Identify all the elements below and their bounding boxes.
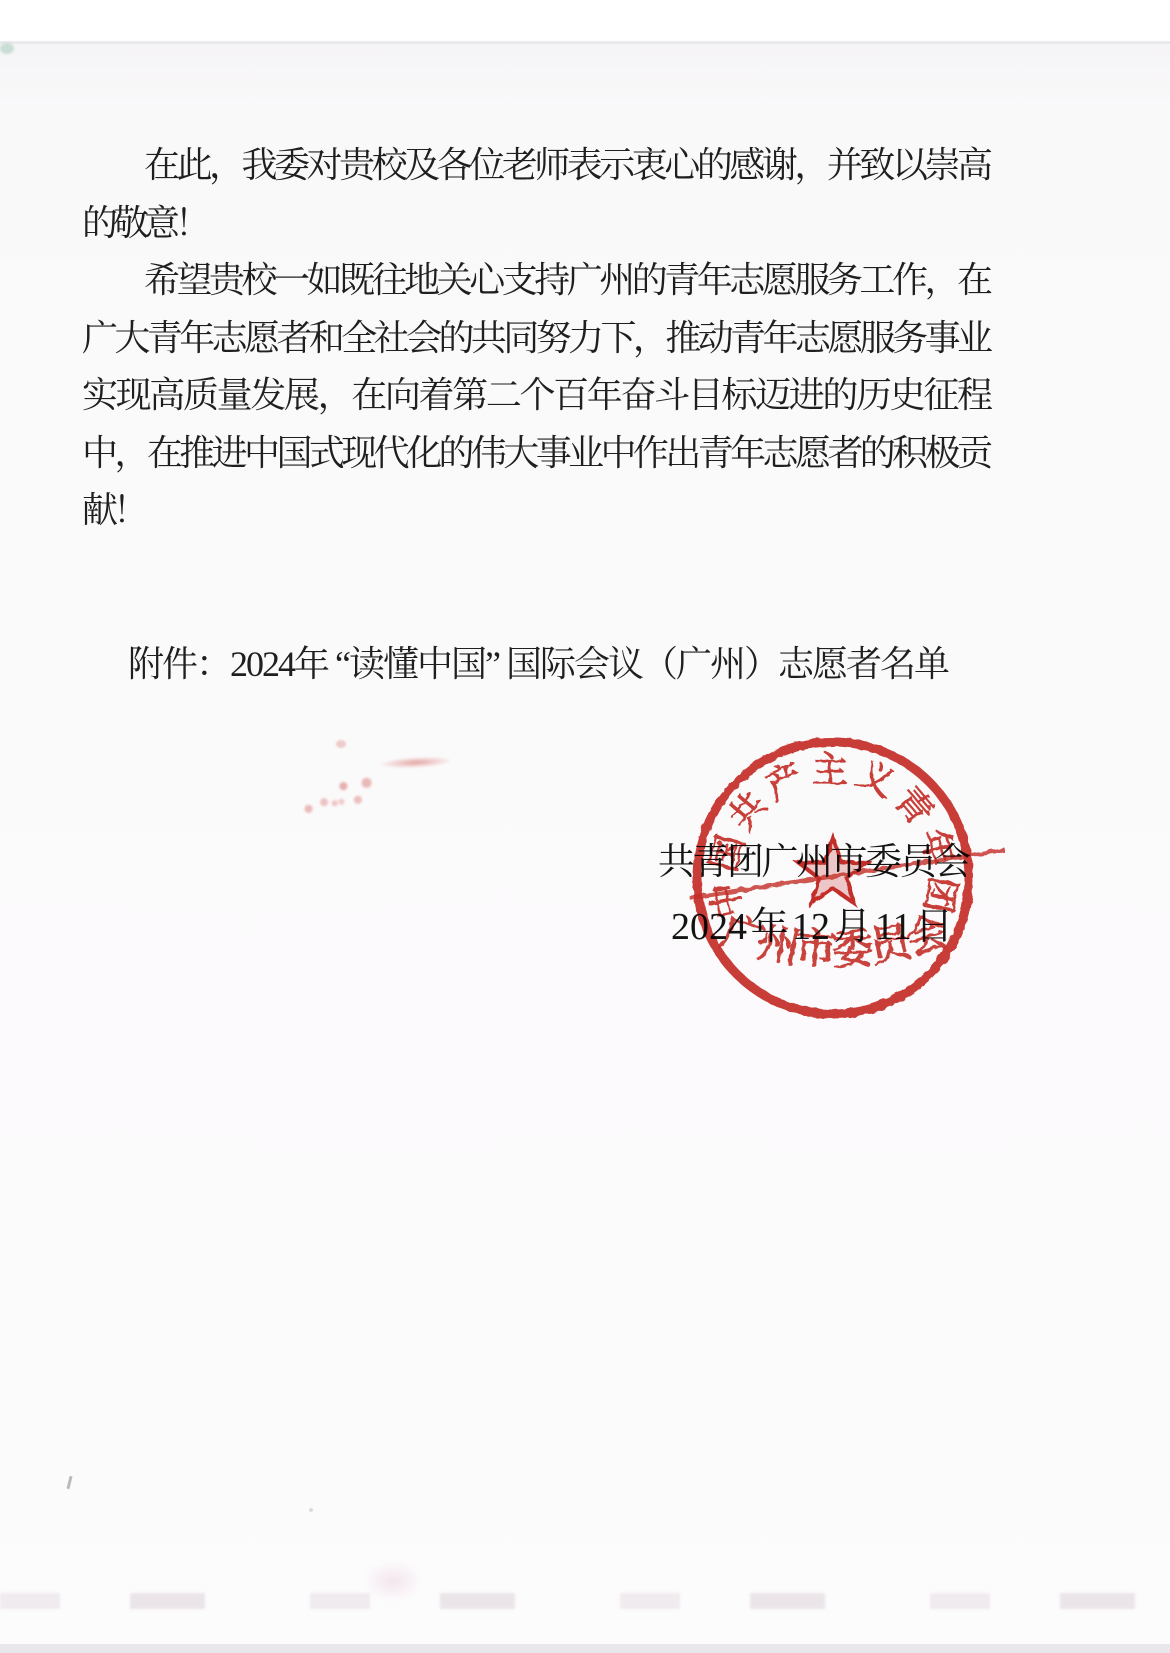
paragraph-line: 中，在推进中国式现代化的伟大事业中作出青年志愿者的积极贡 [82, 425, 988, 483]
scan-artifact-speck [66, 1476, 72, 1489]
paragraph-line: 广大青年志愿者和全社会的共同努力下，推动青年志愿服务事业 [82, 310, 988, 368]
scan-artifact-line [0, 41, 1170, 44]
paragraph-line: 的敬意！ [82, 195, 988, 253]
paragraph-line: 希望贵校一如既往地关心支持广州的青年志愿服务工作，在 [82, 252, 988, 310]
ink-smudge [372, 754, 461, 772]
scan-artifact-speck [309, 1508, 313, 1512]
official-stamp: 中国共产主义青年团 广州市委员会 [661, 706, 1005, 1050]
attachment-line: 附件：2024年 “读懂中国” 国际会议（广州）志愿者名单 [85, 636, 1085, 693]
letter-body: 在此，我委对贵校及各位老师表示衷心的感谢，并致以崇高 的敬意！ 希望贵校一如既往… [82, 137, 988, 540]
ink-smudge [292, 787, 352, 824]
scan-artifact-corner-mark [0, 43, 14, 54]
paragraph-line: 在此，我委对贵校及各位老师表示衷心的感谢，并致以崇高 [82, 137, 988, 195]
ink-smudge [336, 740, 346, 748]
svg-text:广州市委员会: 广州市委员会 [715, 908, 953, 975]
stamp-bottom-arc-text: 广州市委员会 [715, 908, 953, 975]
scan-artifact-noise-band [0, 1593, 1170, 1609]
scan-artifact-bottom-edge [0, 1644, 1170, 1653]
paragraph-line: 实现高质量发展，在向着第二个百年奋斗目标迈进的历史征程 [82, 367, 988, 425]
scanned-letter-page: 在此，我委对贵校及各位老师表示衷心的感谢，并致以崇高 的敬意！ 希望贵校一如既往… [0, 0, 1170, 1653]
paragraph-line: 献！ [82, 482, 988, 540]
